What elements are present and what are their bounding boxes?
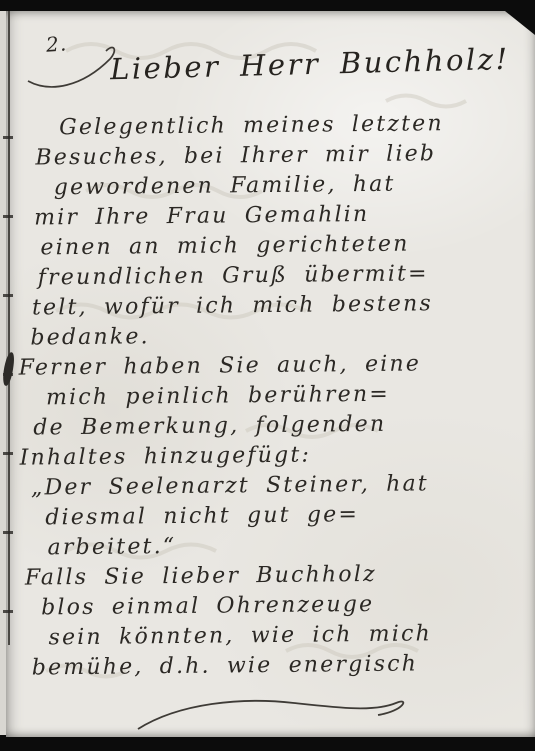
letter-salutation: Lieber Herr Buchholz!: [110, 42, 510, 86]
scan-border-top: [0, 0, 535, 11]
handwritten-line: bemühe, d.h. wie energisch: [32, 648, 535, 683]
letter-paper: 2. Lieber Herr Buchholz! Gelegentlich me…: [6, 11, 535, 737]
scan-border-bottom: [0, 737, 535, 751]
closing-flourish: [124, 689, 424, 737]
handwritten-line: Gelegentlich meines letzten: [59, 108, 532, 143]
scanned-letter-page: 2. Lieber Herr Buchholz! Gelegentlich me…: [0, 0, 535, 751]
binding-stitch-marks: [3, 60, 13, 620]
letter-body: Gelegentlich meines letzten Besuches, be…: [3, 108, 535, 684]
